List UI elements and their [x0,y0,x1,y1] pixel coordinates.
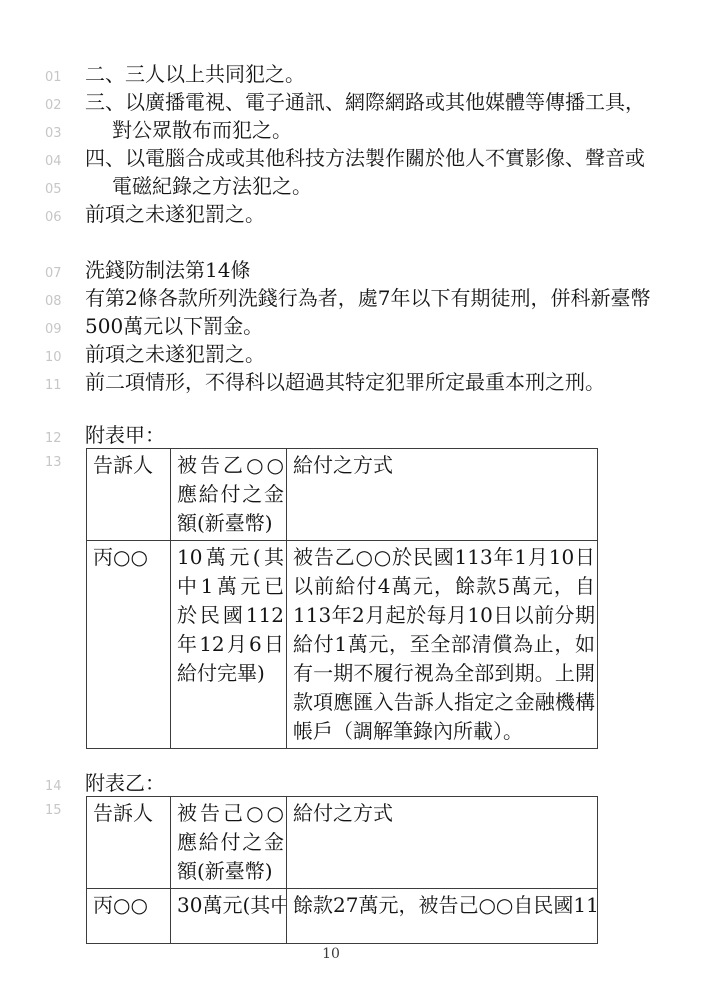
table-cell-payment-method: 被告乙○○於民國113年1月10日以前給付4萬元，餘款5萬元，自113年2月起於… [287,541,598,749]
table-cell-amount: 30萬元(其中 [171,889,287,944]
attachment-table-b: 告訴人 被告己○○應給付之金額(新臺幣) 給付之方式 丙○○ 30萬元(其中 餘… [86,796,598,944]
line-text: 四、以電腦合成或其他科技方法製作關於他人不實影像、聲音或 [85,144,645,172]
table-a-header-row: 告訴人 被告乙○○應給付之金額(新臺幣) 給付之方式 [87,449,598,541]
line-text: 二、三人以上共同犯之。 [85,60,305,88]
line-number: 13 [45,449,85,477]
table-cell-complainant: 丙○○ [87,889,171,944]
line-text: 500萬元以下罰金。 [85,312,263,340]
table-b-header-row: 告訴人 被告己○○應給付之金額(新臺幣) 給付之方式 [87,797,598,889]
table-a-data-row: 丙○○ 10萬元(其中1萬元已於民國112年12月6日給付完畢) 被告乙○○於民… [87,541,598,749]
table-header-cell: 給付之方式 [287,449,598,541]
table-header-cell: 給付之方式 [287,797,598,889]
text-line: 15 [45,797,85,825]
table-cell-complainant: 丙○○ [87,541,171,749]
line-number: 15 [45,797,85,825]
line-number: 11 [45,372,85,400]
attachment-table-a: 告訴人 被告乙○○應給付之金額(新臺幣) 給付之方式 丙○○ 10萬元(其中1萬… [86,448,598,749]
document-page: 01二、三人以上共同犯之。 02三、以廣播電視、電子通訊、網際網路或其他媒體等傳… [0,0,706,1000]
line-text: 對公眾散布而犯之。 [112,116,292,144]
text-line: 11前二項情形，不得科以超過其特定犯罪所定最重本刑之刑。 [45,368,605,400]
table-header-cell: 被告己○○應給付之金額(新臺幣) [171,797,287,889]
table-header-cell: 告訴人 [87,797,171,889]
table-b-data-row: 丙○○ 30萬元(其中 餘款27萬元，被告己○○自民國112 [87,889,598,944]
text-line: 06前項之未遂犯罰之。 [45,200,265,232]
attachment-a-label: 附表甲： [85,421,165,449]
attachment-b-label: 附表乙： [85,769,165,797]
line-text: 有第2條各款所列洗錢行為者，處7年以下有期徒刑，併科新臺幣 [85,284,650,312]
line-text: 前二項情形，不得科以超過其特定犯罪所定最重本刑之刑。 [85,368,605,396]
table-cell-payment-method: 餘款27萬元，被告己○○自民國112 [287,889,598,944]
page-number: 10 [86,946,576,962]
line-text: 三、以廣播電視、電子通訊、網際網路或其他媒體等傳播工具， [85,88,645,116]
table-cell-amount: 10萬元(其中1萬元已於民國112年12月6日給付完畢) [171,541,287,749]
text-line: 13 [45,449,85,477]
line-number: 06 [45,204,85,232]
line-text: 洗錢防制法第14條 [85,256,250,284]
table-header-cell: 被告乙○○應給付之金額(新臺幣) [171,449,287,541]
line-text: 前項之未遂犯罰之。 [85,200,265,228]
line-text: 電磁紀錄之方法犯之。 [112,172,312,200]
line-text: 前項之未遂犯罰之。 [85,340,265,368]
table-header-cell: 告訴人 [87,449,171,541]
